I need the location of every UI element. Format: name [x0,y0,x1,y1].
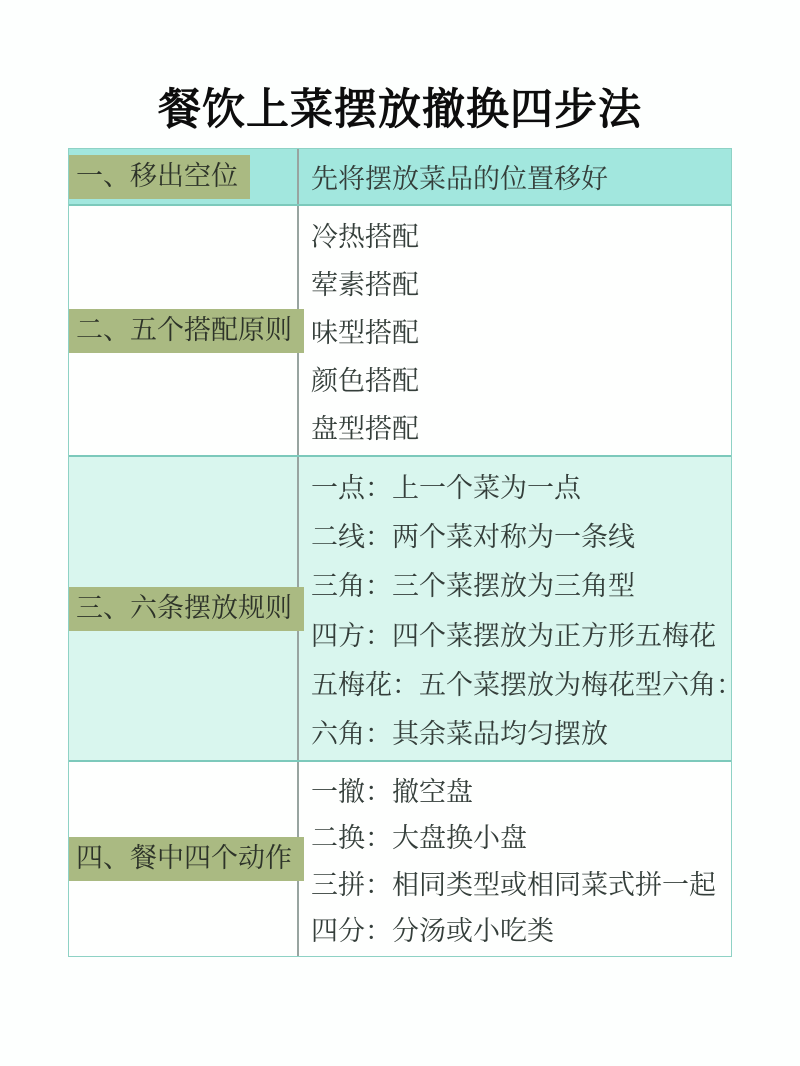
step3-content-cell: 一点：上一个菜为一点 二线：两个菜对称为一条线 三角：三个菜摆放为三角型 四方：… [299,457,743,760]
step2-label: 二、五个搭配原则 [69,309,304,353]
content-line: 二换：大盘换小盘 [299,816,731,855]
step4-label: 四、餐中四个动作 [69,837,304,881]
content-line: 荤素搭配 [299,263,731,302]
content-line: 冷热搭配 [299,215,731,254]
steps-table: 一、移出空位 先将摆放菜品的位置移好 二、五个搭配原则 冷热搭配 荤素搭配 味型… [68,148,732,957]
step2-content-cell: 冷热搭配 荤素搭配 味型搭配 颜色搭配 盘型搭配 [299,206,731,455]
content-line: 三角：三个菜摆放为三角型 [299,564,743,603]
infographic-page: 餐饮上菜摆放撤换四步法 一、移出空位 先将摆放菜品的位置移好 二、五个搭配原则 … [0,0,800,1066]
content-line: 一撤：撤空盘 [299,770,731,809]
step2-label-cell: 二、五个搭配原则 [69,206,299,455]
step1-content-cell: 先将摆放菜品的位置移好 [299,149,731,204]
table-row-step1: 一、移出空位 先将摆放菜品的位置移好 [69,149,731,204]
content-line: 四分：分汤或小吃类 [299,909,731,948]
table-row-step4: 四、餐中四个动作 一撤：撤空盘 二换：大盘换小盘 三拼：相同类型或相同菜式拼一起… [69,760,731,956]
content-line: 一点：上一个菜为一点 [299,466,743,505]
content-line: 颜色搭配 [299,359,731,398]
content-line: 盘型搭配 [299,407,731,446]
step1-label-cell: 一、移出空位 [69,149,299,204]
content-line: 六角：其余菜品均匀摆放 [299,712,743,751]
page-title: 餐饮上菜摆放撤换四步法 [0,76,800,137]
content-line: 二线：两个菜对称为一条线 [299,515,743,554]
table-row-step2: 二、五个搭配原则 冷热搭配 荤素搭配 味型搭配 颜色搭配 盘型搭配 [69,204,731,455]
step4-content-cell: 一撤：撤空盘 二换：大盘换小盘 三拼：相同类型或相同菜式拼一起 四分：分汤或小吃… [299,762,731,956]
step4-label-cell: 四、餐中四个动作 [69,762,299,956]
step3-label-cell: 三、六条摆放规则 [69,457,299,760]
content-line: 三拼：相同类型或相同菜式拼一起 [299,863,731,902]
table-row-step3: 三、六条摆放规则 一点：上一个菜为一点 二线：两个菜对称为一条线 三角：三个菜摆… [69,455,731,760]
content-line: 味型搭配 [299,311,731,350]
content-line: 四方：四个菜摆放为正方形五梅花 [299,614,743,653]
content-line: 先将摆放菜品的位置移好 [299,157,731,196]
content-line: 五梅花：五个菜摆放为梅花型六角： [299,663,743,702]
step1-label: 一、移出空位 [69,155,250,199]
step3-label: 三、六条摆放规则 [69,587,304,631]
